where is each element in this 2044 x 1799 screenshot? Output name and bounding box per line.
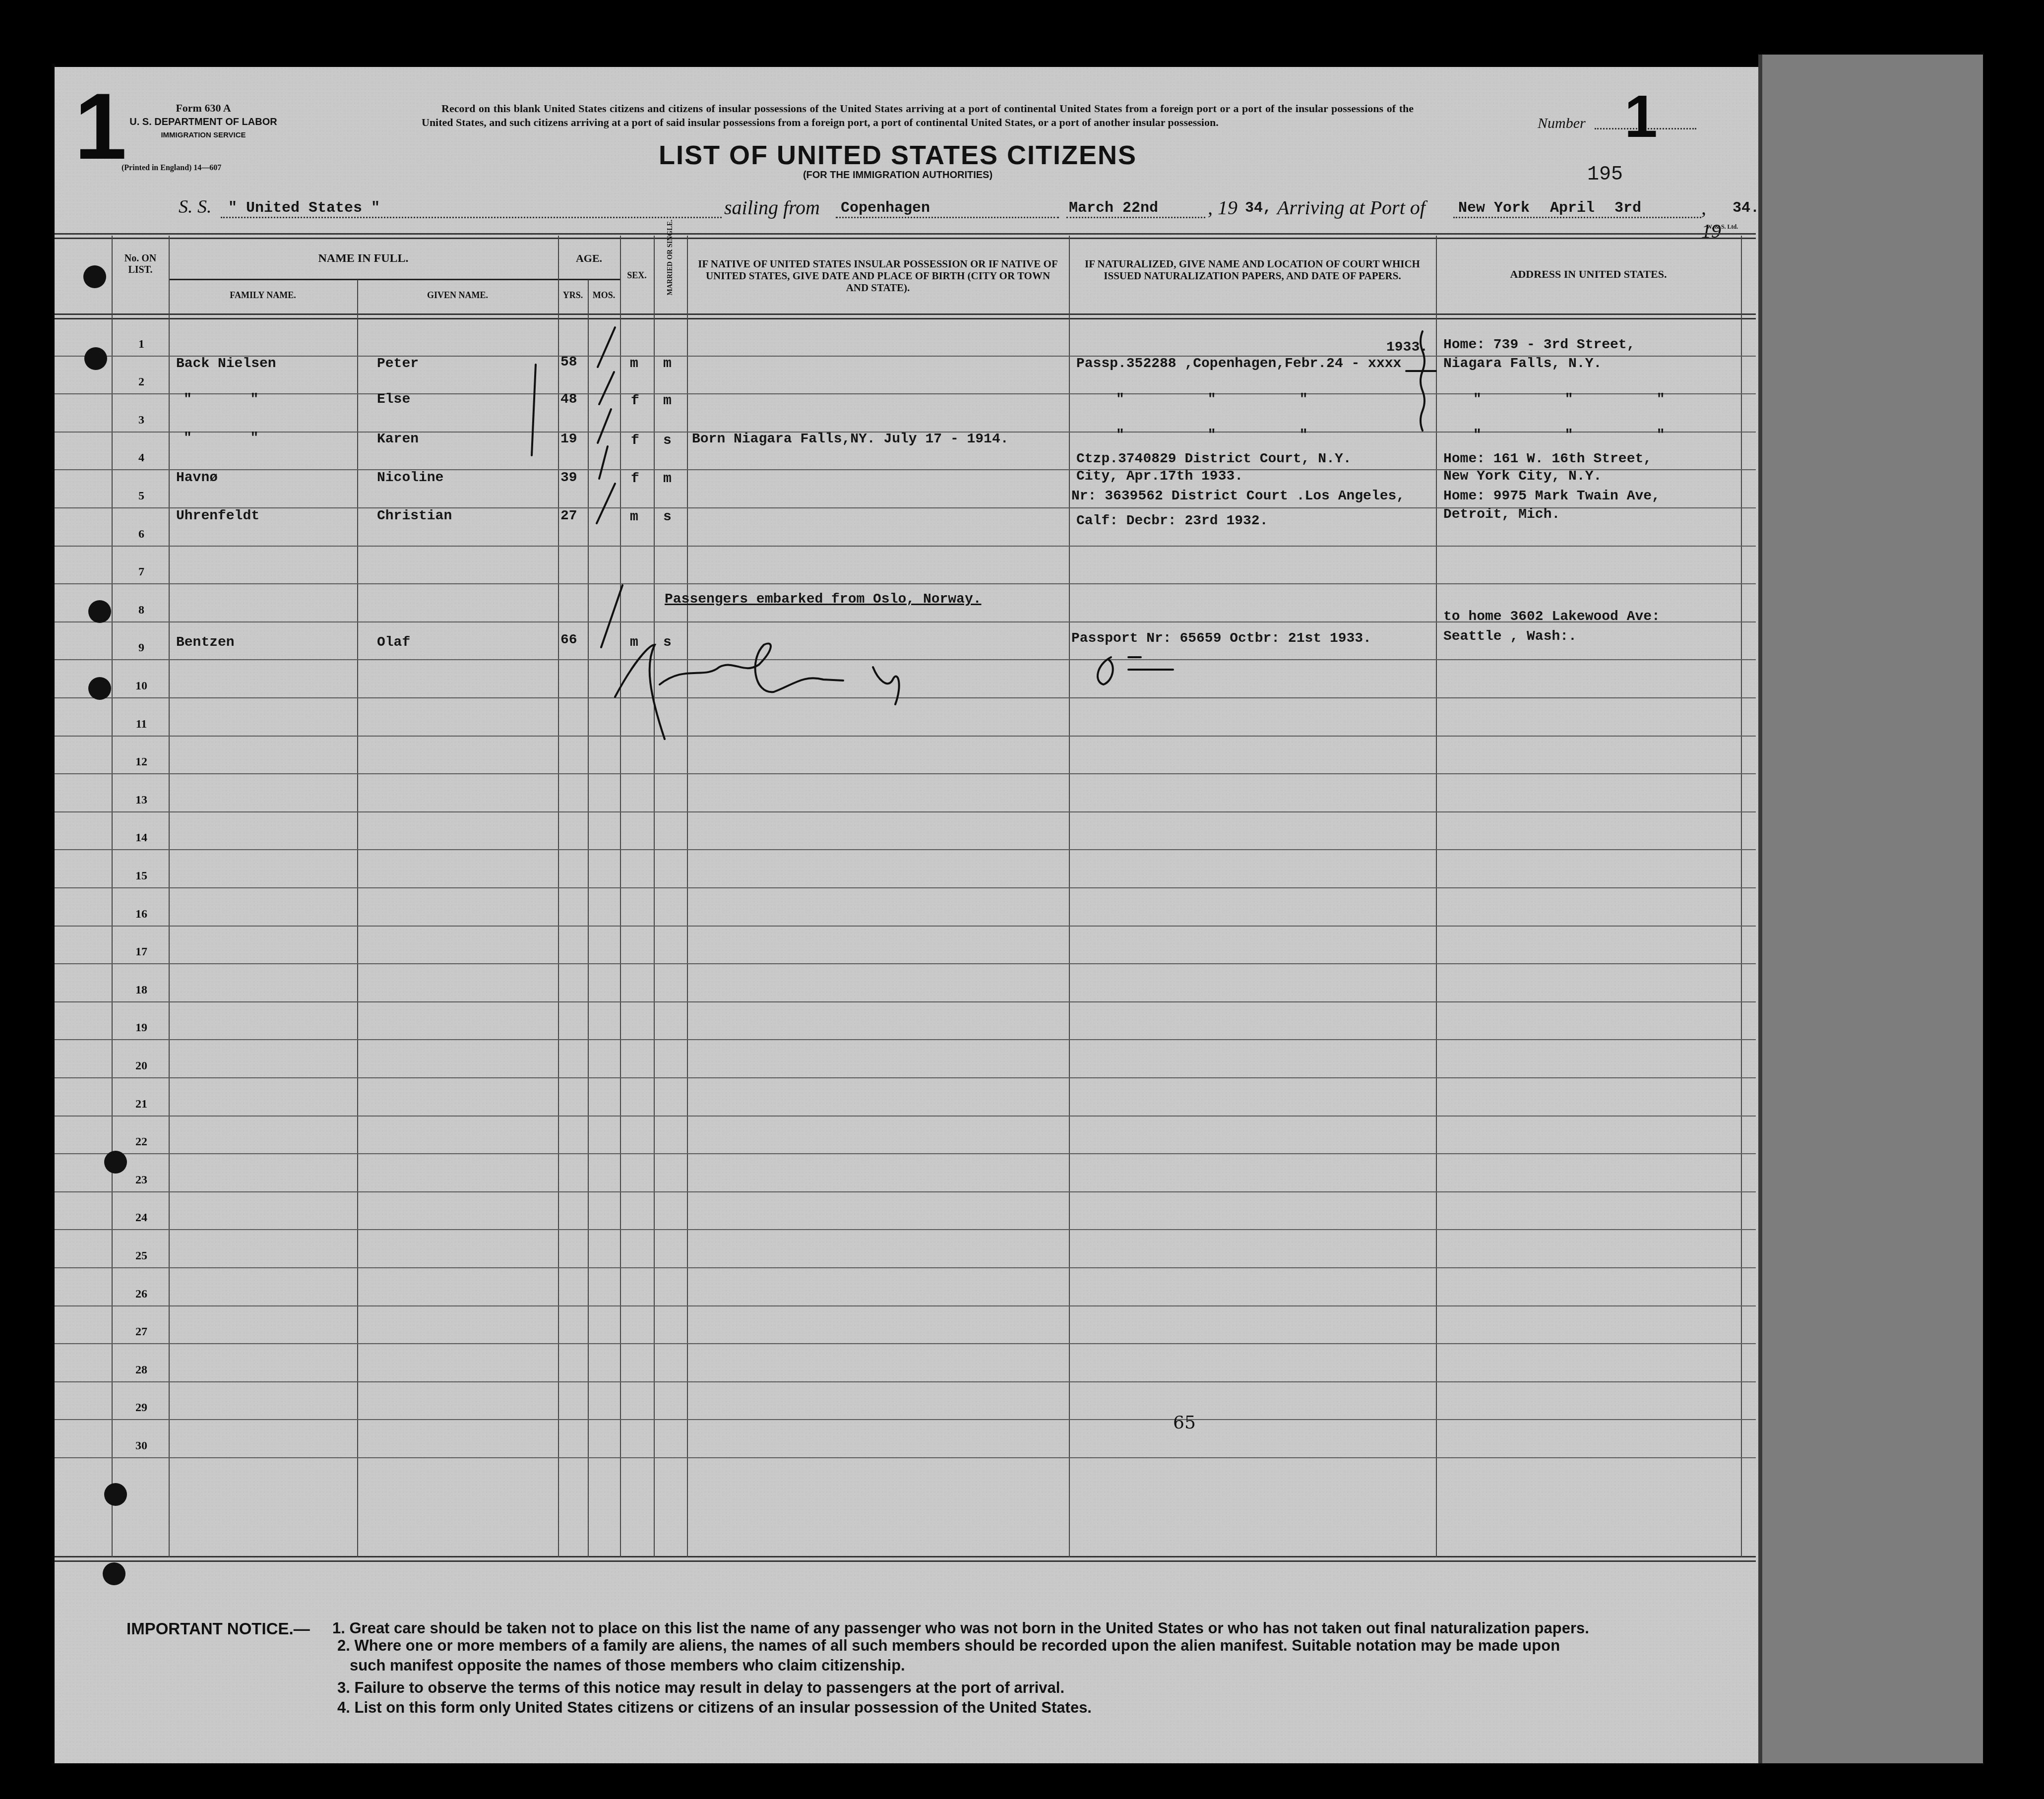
punch-hole <box>83 265 106 288</box>
punch-hole <box>103 1562 125 1585</box>
notice-item-2-cont: such manifest opposite the names of thos… <box>350 1657 905 1675</box>
notice-label: IMPORTANT NOTICE.— <box>126 1619 310 1638</box>
brace-icon <box>1421 331 1425 431</box>
time-note-icon <box>1098 657 1113 684</box>
punch-hole <box>88 677 111 700</box>
handwriting-marks <box>0 0 2044 1799</box>
notice-item-4: 4. List on this form only United States … <box>337 1699 1092 1717</box>
notice-item-2: 2. Where one or more members of a family… <box>337 1637 1560 1655</box>
punch-hole <box>84 347 107 370</box>
check-mark-icon <box>598 327 615 367</box>
signature-icon <box>615 645 665 739</box>
punch-hole <box>88 600 111 623</box>
bracket-line-icon <box>532 365 536 455</box>
notice-item-1: 1. Great care should be taken not to pla… <box>332 1619 1589 1637</box>
punch-hole <box>104 1151 127 1174</box>
bottom-page-mark: 65 <box>1173 1413 1196 1433</box>
notice-item-3: 3. Failure to observe the terms of this … <box>337 1679 1064 1697</box>
punch-hole <box>104 1483 127 1506</box>
